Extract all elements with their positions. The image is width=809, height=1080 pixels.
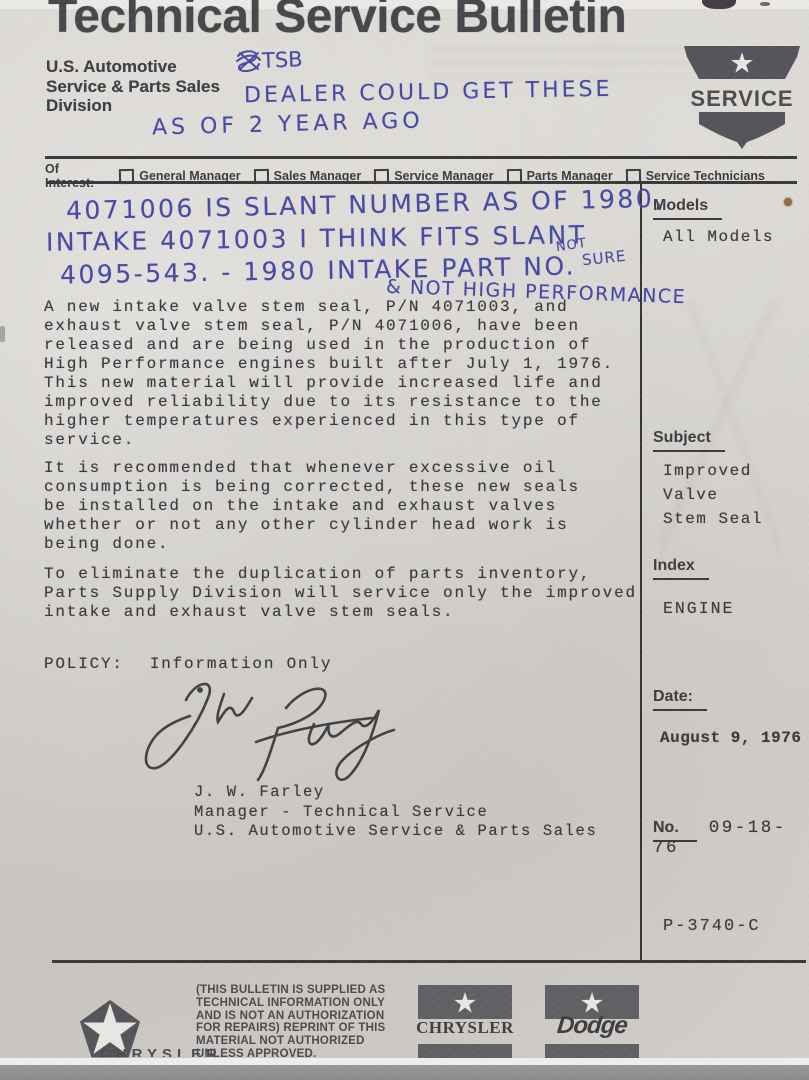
service-logo-text: SERVICE bbox=[690, 86, 793, 111]
body-paragraph: It is recommended that whenever excessiv… bbox=[44, 459, 650, 554]
handwritten-note: INTAKE 4071003 I THINK FITS SLANT bbox=[46, 220, 587, 257]
signature bbox=[128, 672, 418, 794]
bulletin-title: Technical Service Bulletin bbox=[48, 0, 626, 44]
sidebar-subject-value: Improved Valve Stem Seal bbox=[663, 459, 763, 531]
signoff-block: J. W. Farley Manager - Technical Service… bbox=[194, 783, 597, 842]
scan-edge-bottom bbox=[0, 1058, 809, 1065]
horizontal-rule bbox=[52, 960, 806, 963]
sidebar-index-value: ENGINE bbox=[663, 599, 734, 618]
chrysler-brand-label: CHRYSLER bbox=[416, 1018, 514, 1038]
bleed-through-ghost bbox=[430, 40, 690, 80]
horizontal-rule bbox=[45, 156, 797, 159]
sidebar-subject-label: Subject bbox=[653, 429, 725, 452]
scan-speck bbox=[0, 326, 5, 342]
chrysler-brand-box bbox=[418, 985, 512, 1019]
body-paragraph: To eliminate the duplication of parts in… bbox=[44, 565, 650, 622]
pentastar-icon bbox=[579, 990, 605, 1015]
body-paragraph: A new intake valve stem seal, P/N 407100… bbox=[44, 298, 650, 450]
handwritten-note: DEALER COULD GET THESE bbox=[244, 77, 613, 108]
sidebar-date-label: Date: bbox=[653, 688, 707, 711]
handwritten-note: SURE bbox=[581, 247, 627, 270]
of-interest-label: Of Interest: bbox=[45, 162, 106, 190]
form-code: P-3740-C bbox=[663, 917, 761, 936]
sidebar-date-value: August 9, 1976 bbox=[660, 729, 801, 747]
scribble-mark bbox=[234, 48, 264, 74]
dodge-brand-label: Dodge bbox=[544, 1012, 641, 1040]
policy-line: POLICY:Information Only bbox=[44, 655, 332, 673]
scanned-bulletin-page: Technical Service Bulletin U.S. Automoti… bbox=[0, 0, 809, 1080]
sidebar-number-row: No.09-18-76 bbox=[653, 818, 809, 858]
scan-speck bbox=[760, 2, 770, 6]
sidebar-models-value: All Models bbox=[663, 228, 774, 246]
chrysler-service-shield-icon: SERVICE bbox=[683, 42, 801, 150]
sidebar-index-label: Index bbox=[653, 557, 709, 580]
policy-label: POLICY: bbox=[44, 655, 124, 673]
sidebar-models-label: Models bbox=[653, 197, 722, 220]
division-name: U.S. Automotive Service & Parts Sales Di… bbox=[46, 57, 220, 116]
horizontal-rule bbox=[46, 181, 797, 184]
footer-disclaimer: (THIS BULLETIN IS SUPPLIED AS TECHNICAL … bbox=[196, 984, 385, 1061]
handwritten-note: TSB bbox=[262, 47, 303, 72]
policy-value: Information Only bbox=[150, 655, 332, 673]
staple-hole-mark bbox=[784, 198, 792, 206]
scanner-background-strip bbox=[0, 1065, 809, 1080]
pentastar-icon bbox=[452, 990, 478, 1015]
